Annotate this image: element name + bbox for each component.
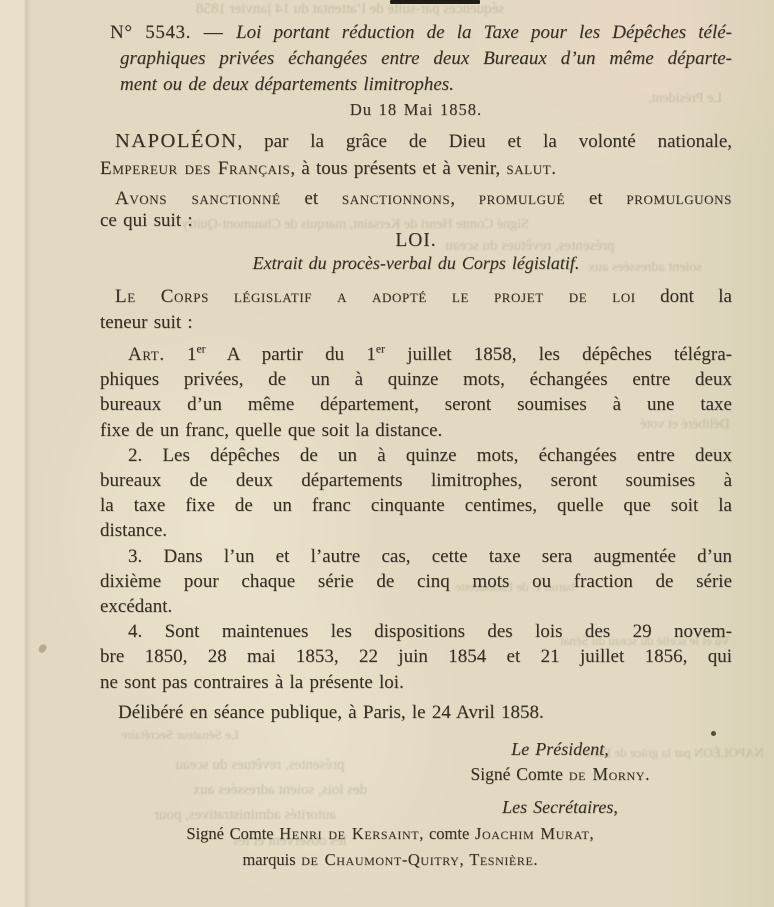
sanction-clause: Avons sanctionné et sanctionnons, promul… (100, 188, 732, 232)
president-signature-block: Le Président, Signé Comte de Morny. Les … (380, 737, 740, 819)
article-1: Art. 1er A partir du 1er juillet 1858, l… (100, 342, 732, 443)
scanned-law-page: { "colors": { "paper": "#e3d9c2", "ink":… (0, 0, 774, 907)
signe-word: Signé Comte (186, 824, 279, 843)
article-4: 4. Sont maintenues les dispositions des … (100, 619, 732, 695)
adoption-line2: teneur suit : (100, 310, 732, 336)
law-number: N° 5543. — (110, 22, 236, 43)
adoption-rest: dont la (636, 286, 732, 307)
loi-heading: LOI. (100, 230, 732, 252)
article-4-line2: bre 1850, 28 mai 1853, 22 juin 1854 et 2… (100, 644, 732, 669)
sanction-sc1: Avons sanctionné (115, 188, 281, 209)
article-1-num: 1 (165, 344, 197, 365)
period: . (533, 850, 537, 869)
president-name: de Morny (569, 764, 645, 784)
article-1-text: A partir du 1 (206, 344, 376, 365)
sanction-line2: ce qui suit : (100, 210, 732, 232)
law-text: N° 5543. — Loi portant réduction de la T… (100, 20, 732, 873)
articles: Art. 1er A partir du 1er juillet 1858, l… (100, 342, 732, 695)
law-title-line2: graphiques privées échangées entre deux … (110, 46, 732, 72)
adoption-clause: Le Corps législatif a adopté le projet d… (100, 284, 732, 336)
comma: , (459, 850, 469, 869)
law-title-line3: ment ou de deux départements limitrophes… (110, 72, 732, 98)
article-1-line3: bureaux d’un même département, seront so… (100, 392, 732, 417)
ordinal-sup: er (376, 343, 385, 356)
signe-word: Signé Comte (471, 764, 569, 784)
article-3-line3: excédant. (100, 594, 732, 619)
extract-subtitle: Extrait du procès-verbal du Corps législ… (100, 252, 732, 275)
comte-word: , comte (419, 824, 475, 843)
page-edge-mark (390, 0, 480, 4)
ordinal-sup: er (196, 343, 205, 356)
sovereign-style: Empereur des Français (100, 158, 290, 179)
secretaries-title: Les Secrétaires, (380, 795, 740, 819)
article-3-line2: dixième pour chaque série de cinq mots o… (100, 569, 732, 594)
secretary-name-chaumont: de Chaumont-Quitry (301, 850, 459, 869)
article-3: 3. Dans l’un et l’autre cas, cette taxe … (100, 544, 732, 620)
preamble-line2: , à tous présents et à venir, (290, 158, 506, 179)
promulgation-date: Du 18 Mai 1858. (100, 100, 732, 120)
sanction-et2: et (565, 188, 626, 209)
article-2: 2. Les dépêches de un à quinze mots, éch… (100, 443, 732, 544)
marquis-word: marquis (242, 850, 301, 869)
deliberation-line: Délibéré en séance publique, à Paris, le… (100, 700, 732, 725)
sanction-sc4: promulguons (626, 188, 732, 209)
sovereign-name: NAPOLÉON (115, 130, 237, 152)
article-4-line1: 4. Sont maintenues les dispositions des … (100, 619, 732, 644)
law-title: N° 5543. — Loi portant réduction de la T… (110, 20, 732, 98)
sanction-sc3: promulgué (479, 188, 565, 209)
ink-speck (37, 643, 47, 654)
law-title-line1: Loi portant réduction de la Taxe pour le… (236, 22, 732, 43)
secretary-name-murat: Joachim Murat (475, 824, 590, 843)
article-2-line4: distance. (100, 518, 732, 543)
secretaries-signature-block: Signé Comte Henri de Kersaint, comte Joa… (100, 821, 680, 873)
president-title: Le Président, (380, 737, 740, 761)
preamble-line1: , par la grâce de Dieu et la volonté nat… (237, 131, 732, 152)
article-2-line1: 2. Les dépêches de un à quinze mots, éch… (100, 443, 732, 468)
article-1-line2: phiques privées, de un à quinze mots, éc… (100, 367, 732, 392)
article-2-line2: bureaux de deux départements limitrophes… (100, 468, 732, 493)
sanction-et1: et (281, 188, 342, 209)
period: . (645, 764, 649, 784)
article-1-text2: juillet 1858, les dépêches télégra- (385, 344, 732, 365)
article-2-line3: la taxe fixe de un franc cinquante centi… (100, 493, 732, 518)
article-4-line3: ne sont pas contraires à la présente loi… (100, 670, 732, 695)
secretary-name-kersaint: Henri de Kersaint (279, 824, 419, 843)
secretary-name-tesniere: Tesnière (469, 850, 533, 869)
bleedthrough-text: séquences par-suite de l’attentat du 14 … (130, 0, 570, 18)
adoption-smallcaps: Le Corps législatif a adopté le projet d… (115, 286, 636, 307)
comma: , (589, 824, 593, 843)
article-1-line4: fixe de un franc, quelle que soit la dis… (100, 418, 732, 443)
law-preamble: NAPOLÉON, par la grâce de Dieu et la vol… (100, 128, 732, 182)
article-3-line1: 3. Dans l’un et l’autre cas, cette taxe … (100, 544, 732, 569)
sanction-comma: , (450, 188, 479, 209)
preamble-end: . (551, 158, 556, 179)
sanction-sc2: sanctionnons (342, 188, 450, 209)
article-1-label: Art. (128, 344, 165, 365)
salut-word: salut (506, 158, 551, 179)
